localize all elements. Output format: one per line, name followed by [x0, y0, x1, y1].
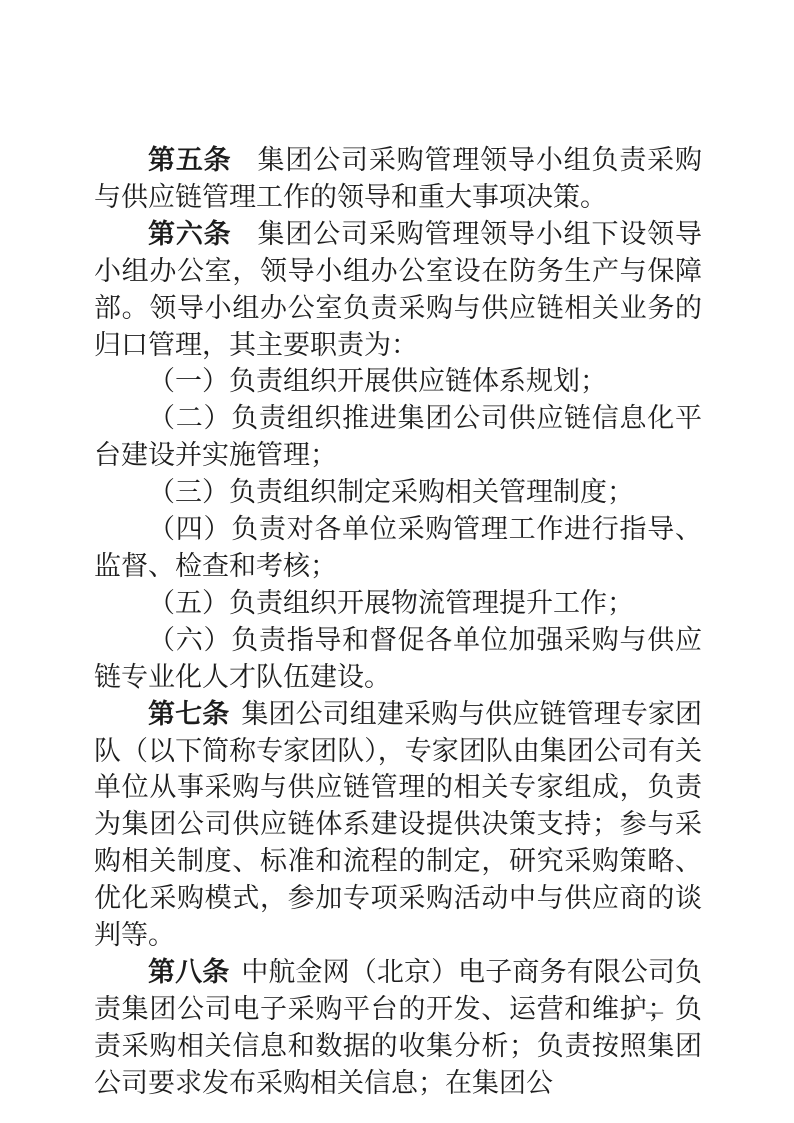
- list-item-6: （六）负责指导和督促各单位加强采购与供应链专业化人才队伍建设。: [94, 622, 702, 696]
- page-number: — 3 —: [600, 1002, 666, 1022]
- article-6-term: 第六条: [148, 219, 232, 249]
- list-item-1: （一）负责组织开展供应链体系规划；: [94, 363, 702, 400]
- document-page: 第五条集团公司采购管理领导小组负责采购与供应链管理工作的领导和重大事项决策。 第…: [0, 0, 794, 1123]
- article-8-paragraph: 第八条中航金网（北京）电子商务有限公司负责集团公司电子采购平台的开发、运营和维护…: [94, 954, 702, 1102]
- list-item-6-term: （六）: [148, 625, 231, 655]
- list-item-5: （五）负责组织开展物流管理提升工作；: [94, 585, 702, 622]
- document-body: 第五条集团公司采购管理领导小组负责采购与供应链管理工作的领导和重大事项决策。 第…: [94, 142, 702, 1102]
- list-item-2: （二）负责组织推进集团公司供应链信息化平台建设并实施管理；: [94, 400, 702, 474]
- article-5-term: 第五条: [148, 145, 232, 175]
- article-8-term: 第八条: [148, 957, 229, 987]
- article-7-term: 第七条: [148, 699, 229, 729]
- list-item-3: （三）负责组织制定采购相关管理制度；: [94, 474, 702, 511]
- article-7-text: 集团公司组建采购与供应链管理专家团队（以下简称专家团队），专家团队由集团公司有关…: [94, 699, 702, 950]
- list-item-1-text: 负责组织开展供应链体系规划；: [229, 366, 607, 396]
- list-item-3-text: 负责组织制定采购相关管理制度；: [229, 477, 634, 507]
- list-item-4: （四）负责对各单位采购管理工作进行指导、监督、检查和考核；: [94, 511, 702, 585]
- article-5-paragraph: 第五条集团公司采购管理领导小组负责采购与供应链管理工作的领导和重大事项决策。: [94, 142, 702, 216]
- list-item-3-term: （三）: [148, 477, 229, 507]
- article-6-paragraph: 第六条集团公司采购管理领导小组下设领导小组办公室，领导小组办公室设在防务生产与保…: [94, 216, 702, 364]
- list-item-2-term: （二）: [148, 403, 231, 433]
- list-item-1-term: （一）: [148, 366, 229, 396]
- list-item-5-term: （五）: [148, 588, 229, 618]
- list-item-4-term: （四）: [148, 514, 231, 544]
- article-7-paragraph: 第七条集团公司组建采购与供应链管理专家团队（以下简称专家团队），专家团队由集团公…: [94, 696, 702, 954]
- list-item-5-text: 负责组织开展物流管理提升工作；: [229, 588, 634, 618]
